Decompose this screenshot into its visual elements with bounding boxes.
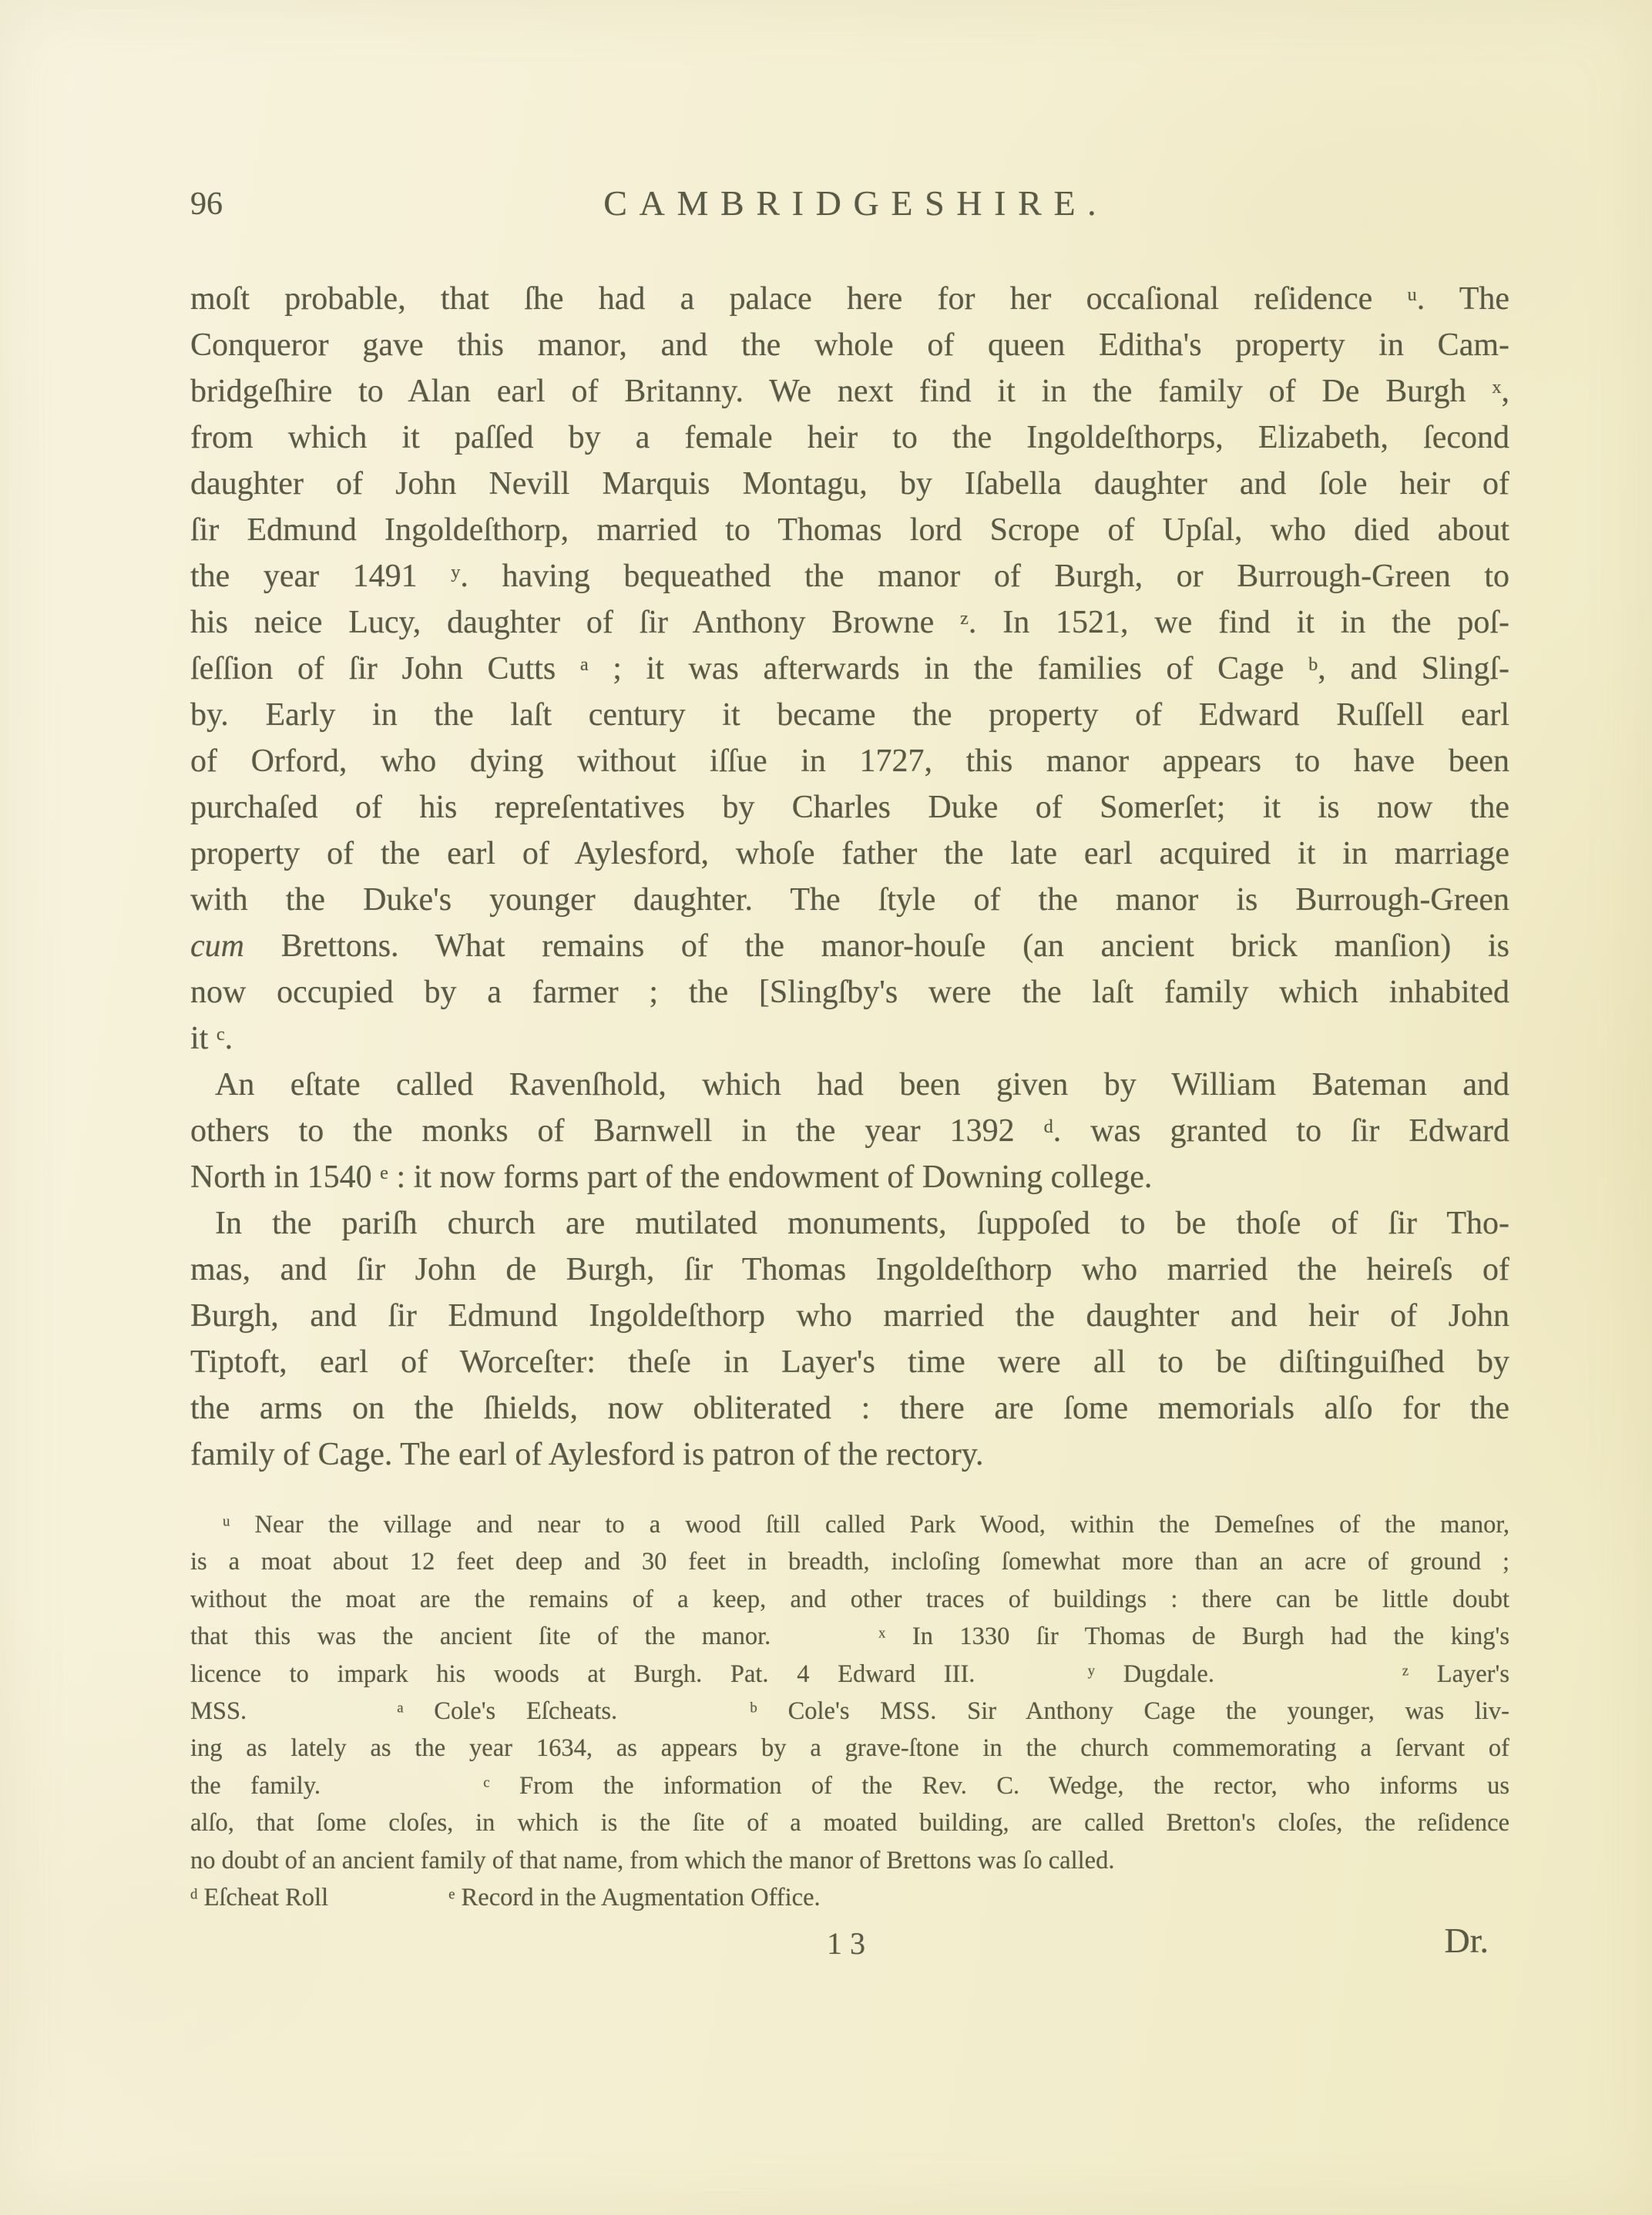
- catchword: Dr.: [1445, 1923, 1489, 1958]
- text-segment: no doubt of an ancient family of that na…: [190, 1847, 1114, 1874]
- footnote-marker: z: [960, 608, 969, 629]
- body-line: with the Duke's younger daughter. The ſt…: [190, 877, 1509, 923]
- text-segment: : it now forms part of the endowment of …: [388, 1160, 1152, 1195]
- body-line: others to the monks of Barnwell in the y…: [190, 1108, 1509, 1154]
- footnote-marker: c: [483, 1774, 489, 1790]
- footnote-line: no doubt of an ancient family of that na…: [190, 1842, 1509, 1879]
- footnote-line: MSS.a Cole's Eſcheats.b Cole's MSS. Sir …: [190, 1693, 1509, 1730]
- footnote-marker: y: [1088, 1663, 1095, 1679]
- running-title: CAMBRIDGESHIRE.: [190, 182, 1509, 224]
- body-line: Tiptoft, earl of Worceſter: theſe in Lay…: [190, 1339, 1509, 1385]
- text-segment: Brettons. What remains of the manor-houſ…: [244, 928, 1509, 964]
- text-segment: . In 1521, we find it in the poſ-: [969, 605, 1509, 640]
- footnote-marker: d: [1044, 1116, 1053, 1137]
- body-line: of Orford, who dying without iſſue in 17…: [190, 738, 1509, 784]
- text-segment: Cole's Eſcheats.: [404, 1697, 618, 1725]
- text-segment: alſo, that ſome cloſes, in which is the …: [190, 1809, 1509, 1837]
- text-segment: . having bequeathed the manor of Burgh, …: [460, 559, 1509, 594]
- text-segment: ing as lately as the year 1634, as appea…: [190, 1734, 1509, 1762]
- text-segment: ſir Edmund Ingoldeſthorp, married to Tho…: [190, 512, 1509, 548]
- text-segment: the year 1491: [190, 559, 451, 594]
- body-line: property of the earl of Aylesford, whoſe…: [190, 831, 1509, 877]
- text-segment: Near the village and near to a wood ſtil…: [230, 1511, 1509, 1539]
- body-line: daughter of John Nevill Marquis Montagu,…: [190, 461, 1509, 507]
- footnote-line: ing as lately as the year 1634, as appea…: [190, 1730, 1509, 1767]
- text-segment: moſt probable, that ſhe had a palace her…: [190, 281, 1408, 317]
- body-line: cum Brettons. What remains of the manor-…: [190, 923, 1509, 969]
- footnote-marker: b: [750, 1700, 757, 1716]
- body-line: moſt probable, that ſhe had a palace her…: [190, 276, 1509, 322]
- text-segment: , and Slingſ-: [1318, 651, 1509, 686]
- signature-mark: 13: [190, 1928, 1509, 1959]
- footnote-entry-gap: [1214, 1681, 1402, 1682]
- footnote-marker: b: [1308, 654, 1318, 675]
- footnote-line: licence to impark his woods at Burgh. Pa…: [190, 1656, 1509, 1693]
- body-line: North in 1540 e : it now forms part of t…: [190, 1154, 1509, 1200]
- footnote-marker: a: [580, 654, 589, 675]
- body-line: family of Cage. The earl of Aylesford is…: [190, 1431, 1509, 1478]
- text-segment: Record in the Augmentation Office.: [455, 1884, 820, 1911]
- footnotes: u Near the village and near to a wood ſt…: [190, 1506, 1509, 1916]
- text-segment: Burgh, and ſir Edmund Ingoldeſthorp who …: [190, 1298, 1509, 1334]
- footnote-marker: a: [397, 1700, 403, 1716]
- body-line: Burgh, and ſir Edmund Ingoldeſthorp who …: [190, 1293, 1509, 1339]
- text-segment: purchaſed of his repreſentatives by Char…: [190, 790, 1509, 825]
- body-line: it c.: [190, 1015, 1509, 1062]
- text-segment: Cole's MSS. Sir Anthony Cage the younger…: [757, 1697, 1509, 1725]
- footnote-line: without the moat are the remains of a ke…: [190, 1581, 1509, 1618]
- footnote-marker: e: [380, 1163, 388, 1183]
- text-segment: ; it was afterwards in the families of C…: [589, 651, 1308, 686]
- footnote-entry-gap: [247, 1718, 397, 1719]
- text-segment: cum: [190, 928, 244, 964]
- footnote-line: that this was the ancient ſite of the ma…: [190, 1618, 1509, 1655]
- footnote-line: d Eſcheat Rolle Record in the Augmentati…: [190, 1879, 1509, 1916]
- text-segment: the family.: [190, 1772, 321, 1800]
- footnote-marker: z: [1402, 1663, 1409, 1679]
- body-line: the year 1491 y. having bequeathed the m…: [190, 553, 1509, 599]
- footnote-line: alſo, that ſome cloſes, in which is the …: [190, 1804, 1509, 1841]
- body-line: the arms on the ſhields, now obliterated…: [190, 1385, 1509, 1431]
- footnote-entry-gap: [617, 1718, 750, 1719]
- footnote-entry-gap: [328, 1905, 448, 1905]
- text-segment: family of Cage. The earl of Aylesford is…: [190, 1437, 983, 1472]
- text-segment: An eſtate called Ravenſhold, which had b…: [215, 1067, 1509, 1102]
- text-segment: In 1330 ſir Thomas de Burgh had the king…: [885, 1623, 1509, 1650]
- footnote-marker: y: [451, 562, 460, 582]
- body-text: moſt probable, that ſhe had a palace her…: [190, 276, 1509, 1478]
- text-segment: with the Duke's younger daughter. The ſt…: [190, 882, 1509, 918]
- body-line: from which it paſſed by a female heir to…: [190, 414, 1509, 461]
- text-segment: without the moat are the remains of a ke…: [190, 1586, 1509, 1613]
- footnote-line: the family.c From the information of the…: [190, 1767, 1509, 1804]
- footnote-marker: x: [878, 1626, 885, 1642]
- text-segment: MSS.: [190, 1697, 247, 1725]
- text-segment: mas, and ſir John de Burgh, ſir Thomas I…: [190, 1252, 1509, 1287]
- text-segment: From the information of the Rev. C. Wedg…: [490, 1772, 1509, 1800]
- footnote-line: is a moat about 12 feet deep and 30 feet…: [190, 1543, 1509, 1580]
- text-segment: by. Early in the laſt century it became …: [190, 697, 1509, 733]
- text-segment: . The: [1417, 281, 1509, 317]
- footnote-entry-gap: [321, 1793, 483, 1794]
- body-line: Conqueror gave this manor, and the whole…: [190, 322, 1509, 368]
- text-segment: others to the monks of Barnwell in the y…: [190, 1113, 1044, 1149]
- text-segment: North in 1540: [190, 1160, 380, 1195]
- text-segment: ſeſſion of ſir John Cutts: [190, 651, 580, 686]
- text-segment: . was granted to ſir Edward: [1053, 1113, 1509, 1149]
- text-segment: is a moat about 12 feet deep and 30 feet…: [190, 1548, 1509, 1576]
- text-segment: In the pariſh church are mutilated monum…: [215, 1206, 1509, 1241]
- body-line: now occupied by a farmer ; the [Slingſby…: [190, 969, 1509, 1015]
- body-line: bridgeſhire to Alan earl of Britanny. We…: [190, 368, 1509, 414]
- text-segment: .: [225, 1021, 233, 1056]
- book-page: 96 CAMBRIDGESHIRE. moſt probable, that ſ…: [0, 0, 1652, 2215]
- body-line: In the pariſh church are mutilated monum…: [190, 1200, 1509, 1247]
- text-segment: Tiptoft, earl of Worceſter: theſe in Lay…: [190, 1344, 1509, 1380]
- text-segment: Dugdale.: [1095, 1660, 1214, 1688]
- body-line: purchaſed of his repreſentatives by Char…: [190, 784, 1509, 831]
- text-segment: daughter of John Nevill Marquis Montagu,…: [190, 466, 1509, 502]
- footnote-marker: d: [190, 1886, 197, 1902]
- text-segment: licence to impark his woods at Burgh. Pa…: [190, 1660, 975, 1688]
- text-segment: now occupied by a farmer ; the [Slingſby…: [190, 975, 1509, 1010]
- body-line: ſeſſion of ſir John Cutts a ; it was aft…: [190, 646, 1509, 692]
- footnote-entry-gap: [771, 1643, 878, 1644]
- body-line: An eſtate called Ravenſhold, which had b…: [190, 1062, 1509, 1108]
- text-segment: ,: [1502, 374, 1510, 409]
- text-segment: Eſcheat Roll: [197, 1884, 328, 1911]
- text-segment: from which it paſſed by a female heir to…: [190, 420, 1509, 455]
- body-line: his neice Lucy, daughter of ſir Anthony …: [190, 599, 1509, 646]
- footnote-marker: x: [1492, 377, 1501, 398]
- text-segment: the arms on the ſhields, now obliterated…: [190, 1391, 1509, 1426]
- footnote-line: u Near the village and near to a wood ſt…: [190, 1506, 1509, 1543]
- footnote-marker: c: [217, 1024, 225, 1045]
- footnote-entry-gap: [975, 1681, 1087, 1682]
- text-segment: bridgeſhire to Alan earl of Britanny. We…: [190, 374, 1492, 409]
- text-segment: property of the earl of Aylesford, whoſe…: [190, 836, 1509, 871]
- footnote-marker: u: [1408, 284, 1417, 305]
- body-line: ſir Edmund Ingoldeſthorp, married to Tho…: [190, 507, 1509, 553]
- text-segment: his neice Lucy, daughter of ſir Anthony …: [190, 605, 960, 640]
- text-segment: Conqueror gave this manor, and the whole…: [190, 327, 1509, 363]
- body-line: by. Early in the laſt century it became …: [190, 692, 1509, 738]
- body-line: mas, and ſir John de Burgh, ſir Thomas I…: [190, 1247, 1509, 1293]
- text-segment: Layer's: [1409, 1660, 1509, 1688]
- text-segment: that this was the ancient ſite of the ma…: [190, 1623, 771, 1650]
- text-segment: it: [190, 1021, 217, 1056]
- footnote-marker: u: [223, 1514, 230, 1530]
- text-segment: of Orford, who dying without iſſue in 17…: [190, 743, 1509, 779]
